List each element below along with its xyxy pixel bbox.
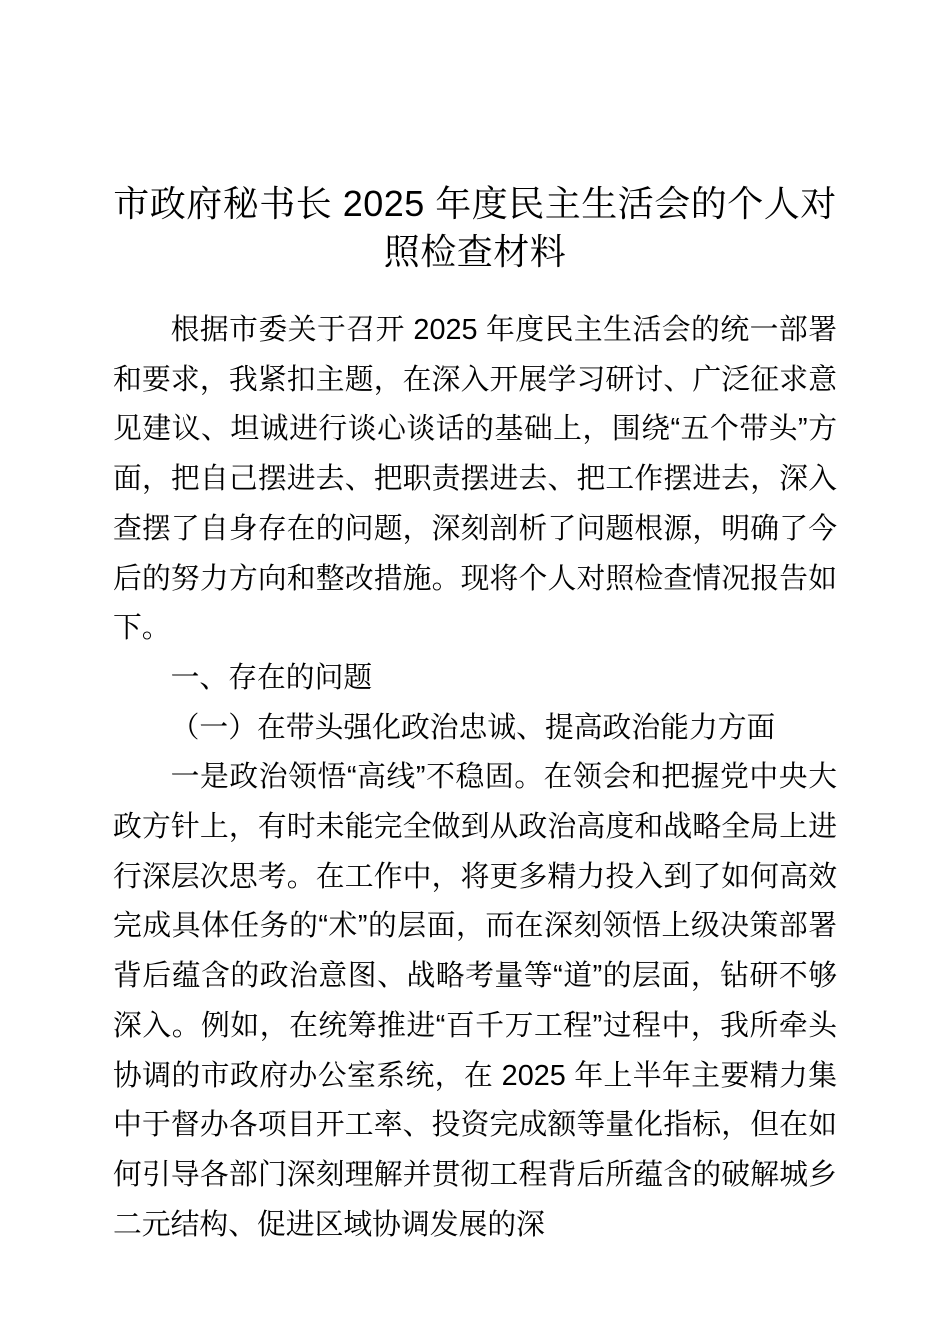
intro-paragraph: 根据市委关于召开 2025 年度民主生活会的统一部署和要求，我紧扣主题，在深入开… bbox=[113, 306, 837, 654]
section-heading-problems: 一、存在的问题 bbox=[113, 654, 837, 704]
document-title-line-1: 市政府秘书长 2025 年度民主生活会的个人对 bbox=[113, 180, 837, 228]
subsection-heading-political-loyalty: （一）在带头强化政治忠诚、提高政治能力方面 bbox=[113, 704, 837, 754]
document-page: 市政府秘书长 2025 年度民主生活会的个人对 照检查材料 根据市委关于召开 2… bbox=[0, 0, 950, 1344]
body-paragraph-political-awareness: 一是政治领悟“高线”不稳固。在领会和把握党中央大政方针上，有时未能完全做到从政治… bbox=[113, 753, 837, 1250]
document-body: 根据市委关于召开 2025 年度民主生活会的统一部署和要求，我紧扣主题，在深入开… bbox=[113, 306, 837, 1250]
document-title: 市政府秘书长 2025 年度民主生活会的个人对 照检查材料 bbox=[113, 180, 837, 276]
document-title-line-2: 照检查材料 bbox=[113, 228, 837, 276]
